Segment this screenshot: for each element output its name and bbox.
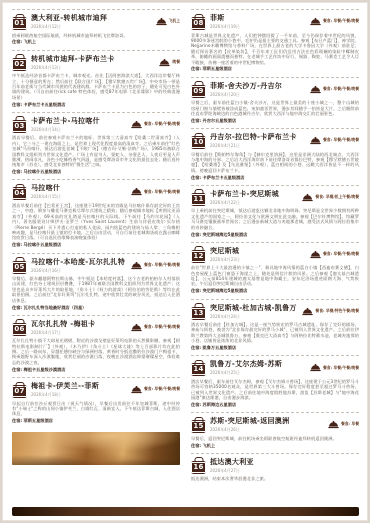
entry-date: 2026年4月12日 [31,24,152,30]
entry-title-block: 凯鲁万-艾尔杰姆-苏斯 2026年4月25日 [210,360,306,376]
entry-date: 2026年4月23日 [210,257,306,263]
meal-label: 晚餐 [172,60,180,65]
entry-title: 卡萨布兰卡-突尼斯城 [210,190,298,199]
itinerary-entry: 13 突尼斯城-杜加古城-凯鲁万 2026年4月24日 餐食: 早餐/特色午餐/… [191,299,359,356]
suitcase-day-badge-icon: 13 [191,307,206,320]
meal-label: 餐食: 早餐/午餐/晚餐 [323,252,359,257]
itinerary-entry: 03 卡萨布兰卡-马拉喀什 2026年4月14日 餐食: 早餐/午餐/晚餐 酒店… [12,112,180,180]
meal-cloche-icon [159,58,170,67]
stay-line: 住宿: 菲斯五星级酒店 [12,418,180,423]
meal-cloche-icon [131,187,142,196]
meal-info: 餐食: 早餐 [328,420,359,429]
meal-label: 餐食: 早餐/午餐/晚餐 [323,366,359,371]
entry-title-block: 抵达澳大利亚 2026年4月27日 [210,458,359,474]
entry-title-block: 菲斯 2026年4月19日 [210,14,306,30]
meal-cloche-icon [156,17,167,26]
suitcase-day-badge-icon: 07 [12,385,27,398]
stay-line: 住宿: 苏斯海边五星酒店 [191,402,359,407]
entry-title-block: 马拉喀什-本哈度-瓦尔扎扎特 2026年4月16日 [31,258,127,274]
day-number: 14 [191,364,206,375]
entry-date: 2026年4月13日 [31,65,155,71]
stay-line: 住宿: 卡萨布兰卡五星级酒店 [191,175,359,180]
entry-body-text: 早餐后前往【斯帕特尔海角】与【赫尔克里溶洞】，这里是非洲大陆的西北端点、大西洋与… [191,152,359,174]
entry-body-text: 早餐之后，驱车前往蓝白小镇-舍夫沙万，这是世界上最美的十座小城之一，整个山城的房… [191,100,359,116]
entry-header: 05 马拉喀什-本哈度-瓦尔扎扎特 2026年4月16日 餐食: 早餐/午餐/晚… [12,258,180,274]
entry-title: 菲斯-舍夫沙万-丹吉尔 [210,82,306,91]
entry-header: 01 澳大利亚-转机城市迪拜 2026年4月12日 飞机上 [12,14,180,30]
entry-title: 菲斯 [210,14,306,23]
meal-label: 餐食: 早餐/机上午餐/晚餐 [315,195,359,200]
itinerary-page: 01 澳大利亚-转机城市迪拜 2026年4月12日 飞机上 搭乘阿联酋航空国际航… [2,2,368,521]
suitcase-day-badge-icon: 08 [191,17,206,30]
entry-header: 11 卡萨布兰卡-突尼斯城 2026年4月22日 餐食: 早餐/机上午餐/晚餐 [191,190,359,206]
suitcase-day-badge-icon: 09 [191,85,206,98]
suitcase-day-badge-icon: 16 [191,461,206,474]
entry-date: 2026年4月20日 [210,92,306,98]
entry-header: 02 转机城市迪拜-卡萨布兰卡 2026年4月13日 晚餐 [12,55,180,71]
itinerary-entry: 06 瓦尔扎扎特 -梅祖卡 2026年4月17日 餐食: 早餐/午餐/晚餐 瓦尔… [12,315,180,377]
entry-header: 04 马拉喀什 2026年4月15日 餐食: 早餐/午餐/晚餐 [12,184,180,200]
meal-label: 飞机上 [169,19,180,24]
suitcase-day-badge-icon: 12 [191,250,206,263]
entry-title: 澳大利亚-转机城市迪拜 [31,14,152,23]
entry-title: 丹吉尔-拉巴特-卡萨布兰卡 [210,133,306,142]
entry-header: 03 卡萨布兰卡-马拉喀什 2026年4月14日 餐食: 早餐/午餐/晚餐 [12,117,180,133]
stay-line: 住宿: 菲斯五星级酒店 [191,66,359,71]
entry-body-text: 早餐后，驱车翻越阿特拉斯山脉，中午抵达【本哈度村落】，这个古老的柏柏尔人村落依山… [12,276,180,303]
entry-body-text: 酒店早餐后，驱车前往艾尔杰姆，参观【艾尔杰姆斗兽场】，这座建于公元3世纪的罗马斗… [191,379,359,401]
suitcase-day-badge-icon: 02 [12,58,27,71]
entry-header: 07 梅祖卡-伊芙兰--菲斯 2026年4月18日 餐食: 早餐/午餐/晚餐 [12,382,180,398]
meal-label: 餐食: 早餐/午餐/晚餐 [144,190,180,195]
day-number: 10 [191,137,206,148]
meal-label: 餐食: 早餐 [341,422,359,427]
day-number: 09 [191,86,206,97]
meal-info: 餐食: 早餐/特色午餐/晚餐 [302,307,359,316]
meal-label: 餐食: 早餐/午餐/晚餐 [323,19,359,24]
entry-date: 2026年4月14日 [31,127,127,133]
entry-date: 2026年4月21日 [210,143,306,149]
entry-title: 凯鲁万-艾尔杰姆-苏斯 [210,360,306,369]
entry-date: 2026年4月27日 [210,468,359,474]
meal-info: 餐食: 早餐/午餐/晚餐 [310,17,359,26]
stay-line: 住宿: 飞机上 [12,39,180,44]
itinerary-entry: 10 丹吉尔-拉巴特-卡萨布兰卡 2026年4月21日 餐食: 早餐/午餐/晚餐… [191,128,359,185]
meal-label: 餐食: 早餐/特色午餐/晚餐 [315,309,359,314]
meal-info: 餐食: 早餐/午餐/晚餐 [310,250,359,259]
meal-cloche-icon [302,193,313,202]
entry-body-text: 酒店早餐后，前往参观卡萨布兰卡的地标、世界第三大清真寺【哈桑二世清真寺】（入内）… [12,135,180,167]
meal-label: 餐食: 早餐/午餐/晚餐 [323,138,359,143]
stay-line: 住宿: 凯鲁万五星级酒店 [191,345,359,350]
day-number: 07 [12,386,27,397]
stay-line: 住宿: 马拉喀什五星级酒店 [12,169,180,174]
entry-title: 瓦尔扎扎特 -梅祖卡 [31,320,127,329]
stay-line: 住宿: 突尼斯城海边5星级酒店 [191,232,359,237]
entry-title: 马拉喀什-本哈度-瓦尔扎扎特 [31,258,127,267]
meal-cloche-icon [310,250,321,259]
entry-title-block: 丹吉尔-拉巴特-卡萨布兰卡 2026年4月21日 [210,133,306,149]
itinerary-entry: 16 抵达澳大利亚 2026年4月27日 抵达澳洲，结束本次奢华浪漫北非之旅。 [191,453,359,487]
entry-date: 2026年4月22日 [210,200,298,206]
suitcase-day-badge-icon: 03 [12,120,27,133]
meal-info: 餐食: 早餐/机上午餐/晚餐 [302,193,359,202]
entry-body-text: 酒店早餐后前往【杜加古城】，这是一座气势恢宏的罗马古城遗址，保存了完好的剧场、神… [191,322,359,344]
meal-info: 餐食: 早餐/午餐/晚餐 [310,136,359,145]
entry-body-text: 早餐后，返回突尼斯城，前往机场乘坐阿联酋航空航班经迪拜转机返回澳洲。 [191,436,359,441]
day-number: 12 [191,251,206,262]
entry-header: 06 瓦尔扎扎特 -梅祖卡 2026年4月17日 餐食: 早餐/午餐/晚餐 [12,320,180,336]
entry-title: 卡萨布兰卡-马拉喀什 [31,117,127,126]
itinerary-entry: 15 苏斯-突尼斯城-返回澳洲 2026年4月26日 餐食: 早餐 早餐后，返回… [191,412,359,453]
entry-date: 2026年4月26日 [210,427,324,433]
stay-line: 住宿: 飞机上 [191,443,359,448]
entry-header: 08 菲斯 2026年4月19日 餐食: 早餐/午餐/晚餐 [191,14,359,30]
entry-header: 12 突尼斯城 2026年4月23日 餐食: 早餐/午餐/晚餐 [191,247,359,263]
entry-title-block: 转机城市迪拜-卡萨布兰卡 2026年4月13日 [31,55,155,71]
day-number: 11 [191,194,206,205]
entry-body-text: 搭乘阿联酋航空国际航班，经转机城市迪拜转机飞往摩洛哥。 [12,33,180,38]
suitcase-day-badge-icon: 06 [12,323,27,336]
day-number: 05 [12,262,27,273]
entry-header: 14 凯鲁万-艾尔杰姆-苏斯 2026年4月25日 餐食: 早餐/午餐/晚餐 [191,360,359,376]
entry-header: 10 丹吉尔-拉巴特-卡萨布兰卡 2026年4月21日 餐食: 早餐/午餐/晚餐 [191,133,359,149]
entry-header: 15 苏斯-突尼斯城-返回澳洲 2026年4月26日 餐食: 早餐 [191,417,359,433]
stay-line: 住宿: 梅祖卡五星级沙漠酒店 [12,367,180,372]
entry-title-block: 苏斯-突尼斯城-返回澳洲 2026年4月26日 [210,417,324,433]
meal-cloche-icon [131,385,142,394]
right-column: 08 菲斯 2026年4月19日 餐食: 早餐/午餐/晚餐 菲斯古城是世界文化遗… [191,9,359,504]
suitcase-day-badge-icon: 04 [12,187,27,200]
entry-date: 2026年4月19日 [210,24,306,30]
meal-cloche-icon [328,420,339,429]
day-number: 15 [191,421,206,432]
meal-label: 餐食: 早餐/午餐/晚餐 [144,387,180,392]
itinerary-entry: 01 澳大利亚-转机城市迪拜 2026年4月12日 飞机上 搭乘阿联酋航空国际航… [12,9,180,50]
meal-cloche-icon [310,136,321,145]
entry-title: 苏斯-突尼斯城-返回澳洲 [210,417,324,426]
entry-title-block: 澳大利亚-转机城市迪拜 2026年4月12日 [31,14,152,30]
entry-body-text: 早起自行前往沙丘观赏日出（视天气情况），早餐后出发前往千年皇城菲斯，途中经停有"… [12,401,180,417]
meal-label: 餐食: 早餐/午餐/晚餐 [323,87,359,92]
entry-date: 2026年4月18日 [31,392,127,398]
itinerary-entry: 02 转机城市迪拜-卡萨布兰卡 2026年4月13日 晚餐 中午抵达经济首都卡萨… [12,50,180,112]
meal-cloche-icon [310,17,321,26]
entry-title-block: 卡萨布兰卡-马拉喀什 2026年4月14日 [31,117,127,133]
footer-band [12,507,359,516]
desert-dunes-photo [12,432,180,465]
day-number: 04 [12,188,27,199]
suitcase-day-badge-icon: 11 [191,193,206,206]
itinerary-entry: 12 突尼斯城 2026年4月23日 餐食: 早餐/午餐/晚餐 前往"世界上十大… [191,242,359,299]
entry-title: 转机城市迪拜-卡萨布兰卡 [31,55,155,64]
entry-title-block: 菲斯-舍夫沙万-丹吉尔 2026年4月20日 [210,82,306,98]
entry-title-block: 突尼斯城-杜加古城-凯鲁万 2026年4月24日 [210,304,298,320]
entry-date: 2026年4月15日 [31,194,127,200]
meal-label: 餐食: 早餐/午餐/晚餐 [144,263,180,268]
meal-info: 餐食: 早餐/午餐/晚餐 [310,85,359,94]
itinerary-entry: 11 卡萨布兰卡-突尼斯城 2026年4月22日 餐食: 早餐/机上午餐/晚餐 … [191,185,359,242]
meal-info: 餐食: 早餐/午餐/晚餐 [131,261,180,270]
day-number: 02 [12,59,27,70]
entry-body-text: 中午抵达经济首都卡萨布兰卡，城市观光。首先【迈阿密海滨大道】，大西洋沿岸餐厅林立… [12,73,180,100]
day-number: 13 [191,308,206,319]
itinerary-entry: 08 菲斯 2026年4月19日 餐食: 早餐/午餐/晚餐 菲斯古城是世界文化遗… [191,9,359,77]
meal-label: 餐食: 早餐/午餐/晚餐 [144,325,180,330]
entry-body-text: 前往"世界上十大最浪漫的小镇之一"、极具地中海风情的蓝白小镇【西迪布赛义德】，白… [191,265,359,287]
day-number: 01 [12,18,27,29]
entry-title-block: 突尼斯城 2026年4月23日 [210,247,306,263]
entry-date: 2026年4月17日 [31,330,127,336]
stay-line: 住宿: 瓦尔扎扎特当地最好酒店（四星） [12,305,180,310]
itinerary-columns: 01 澳大利亚-转机城市迪拜 2026年4月12日 飞机上 搭乘阿联酋航空国际航… [12,9,359,504]
day-number: 08 [191,18,206,29]
entry-body-text: 菲斯古城是世界文化遗产，人们把钟摆回拨了一千年前，至今仍保存着中世纪的风貌，90… [191,33,359,65]
itinerary-entry: 14 凯鲁万-艾尔杰姆-苏斯 2026年4月25日 餐食: 早餐/午餐/晚餐 酒… [191,355,359,412]
suitcase-day-badge-icon: 05 [12,261,27,274]
itinerary-entry: 04 马拉喀什 2026年4月15日 餐食: 早餐/午餐/晚餐 酒店早餐后前往【… [12,179,180,252]
entry-title: 马拉喀什 [31,184,127,193]
meal-info: 餐食: 早餐/午餐/晚餐 [131,187,180,196]
entry-date: 2026年4月25日 [210,370,306,376]
entry-date: 2026年4月24日 [210,314,298,320]
entry-title-block: 瓦尔扎扎特 -梅祖卡 2026年4月17日 [31,320,127,336]
itinerary-entry: 05 马拉喀什-本哈度-瓦尔扎扎特 2026年4月16日 餐食: 早餐/午餐/晚… [12,253,180,315]
entry-header: 09 菲斯-舍夫沙万-丹吉尔 2026年4月20日 餐食: 早餐/午餐/晚餐 [191,82,359,98]
entry-header: 16 抵达澳大利亚 2026年4月27日 [191,458,359,474]
entry-body-text: 早上乘机前往突尼斯城，抵达后游览这颗北非地中海明珠。突尼斯是全世界少数拥有两种文… [191,208,359,230]
entry-body-text: 酒店早餐后前往【巴希亚王宫】，这座建于19世纪末的宫殿是马拉喀什保存最完好的王宫… [12,203,180,241]
suitcase-day-badge-icon: 01 [12,17,27,30]
entry-title: 突尼斯城 [210,247,306,256]
meal-cloche-icon [131,261,142,270]
entry-title: 突尼斯城-杜加古城-凯鲁万 [210,304,298,313]
entry-title-block: 梅祖卡-伊芙兰--菲斯 2026年4月18日 [31,382,127,398]
entry-title: 梅祖卡-伊芙兰--菲斯 [31,382,127,391]
suitcase-day-badge-icon: 14 [191,363,206,376]
stay-line: 住宿: 突尼斯城海边5星级酒店 [191,288,359,293]
entry-body-text: 抵达澳洲，结束本次奢华浪漫北非之旅。 [191,476,359,481]
entry-body-text: 瓦尔扎扎特小镇不大却星光熠熠，附近的沙漠戈壁是好莱坞电影的天然摄影棚，参观【阿特… [12,338,180,365]
meal-info: 餐食: 早餐/午餐/晚餐 [131,323,180,332]
stay-line: 住宿: 卡萨布兰卡五星级酒店 [12,102,180,107]
meal-info: 餐食: 早餐/午餐/晚餐 [131,120,180,129]
meal-cloche-icon [302,307,313,316]
meal-cloche-icon [310,85,321,94]
meal-info: 飞机上 [156,17,180,26]
meal-cloche-icon [310,363,321,372]
entry-date: 2026年4月16日 [31,268,127,274]
day-number: 16 [191,462,206,473]
stay-line: 住宿: 丹吉尔五星级酒店 [191,118,359,123]
stay-line: 住宿: 马拉喀什五星级酒店 [12,242,180,247]
meal-info: 餐食: 早餐/午餐/晚餐 [310,363,359,372]
day-number: 06 [12,324,27,335]
suitcase-day-badge-icon: 10 [191,136,206,149]
meal-info: 晚餐 [159,58,180,67]
itinerary-entry: 07 梅祖卡-伊芙兰--菲斯 2026年4月18日 餐食: 早餐/午餐/晚餐 早… [12,377,180,428]
entry-title-block: 卡萨布兰卡-突尼斯城 2026年4月22日 [210,190,298,206]
day-number: 03 [12,121,27,132]
itinerary-entry: 09 菲斯-舍夫沙万-丹吉尔 2026年4月20日 餐食: 早餐/午餐/晚餐 早… [191,77,359,128]
meal-cloche-icon [131,323,142,332]
meal-cloche-icon [131,120,142,129]
entry-header: 13 突尼斯城-杜加古城-凯鲁万 2026年4月24日 餐食: 早餐/特色午餐/… [191,304,359,320]
suitcase-day-badge-icon: 15 [191,420,206,433]
left-column: 01 澳大利亚-转机城市迪拜 2026年4月12日 飞机上 搭乘阿联酋航空国际航… [12,9,180,504]
meal-label: 餐食: 早餐/午餐/晚餐 [144,122,180,127]
entry-title: 抵达澳大利亚 [210,458,359,467]
meal-info: 餐食: 早餐/午餐/晚餐 [131,385,180,394]
entry-title-block: 马拉喀什 2026年4月15日 [31,184,127,200]
